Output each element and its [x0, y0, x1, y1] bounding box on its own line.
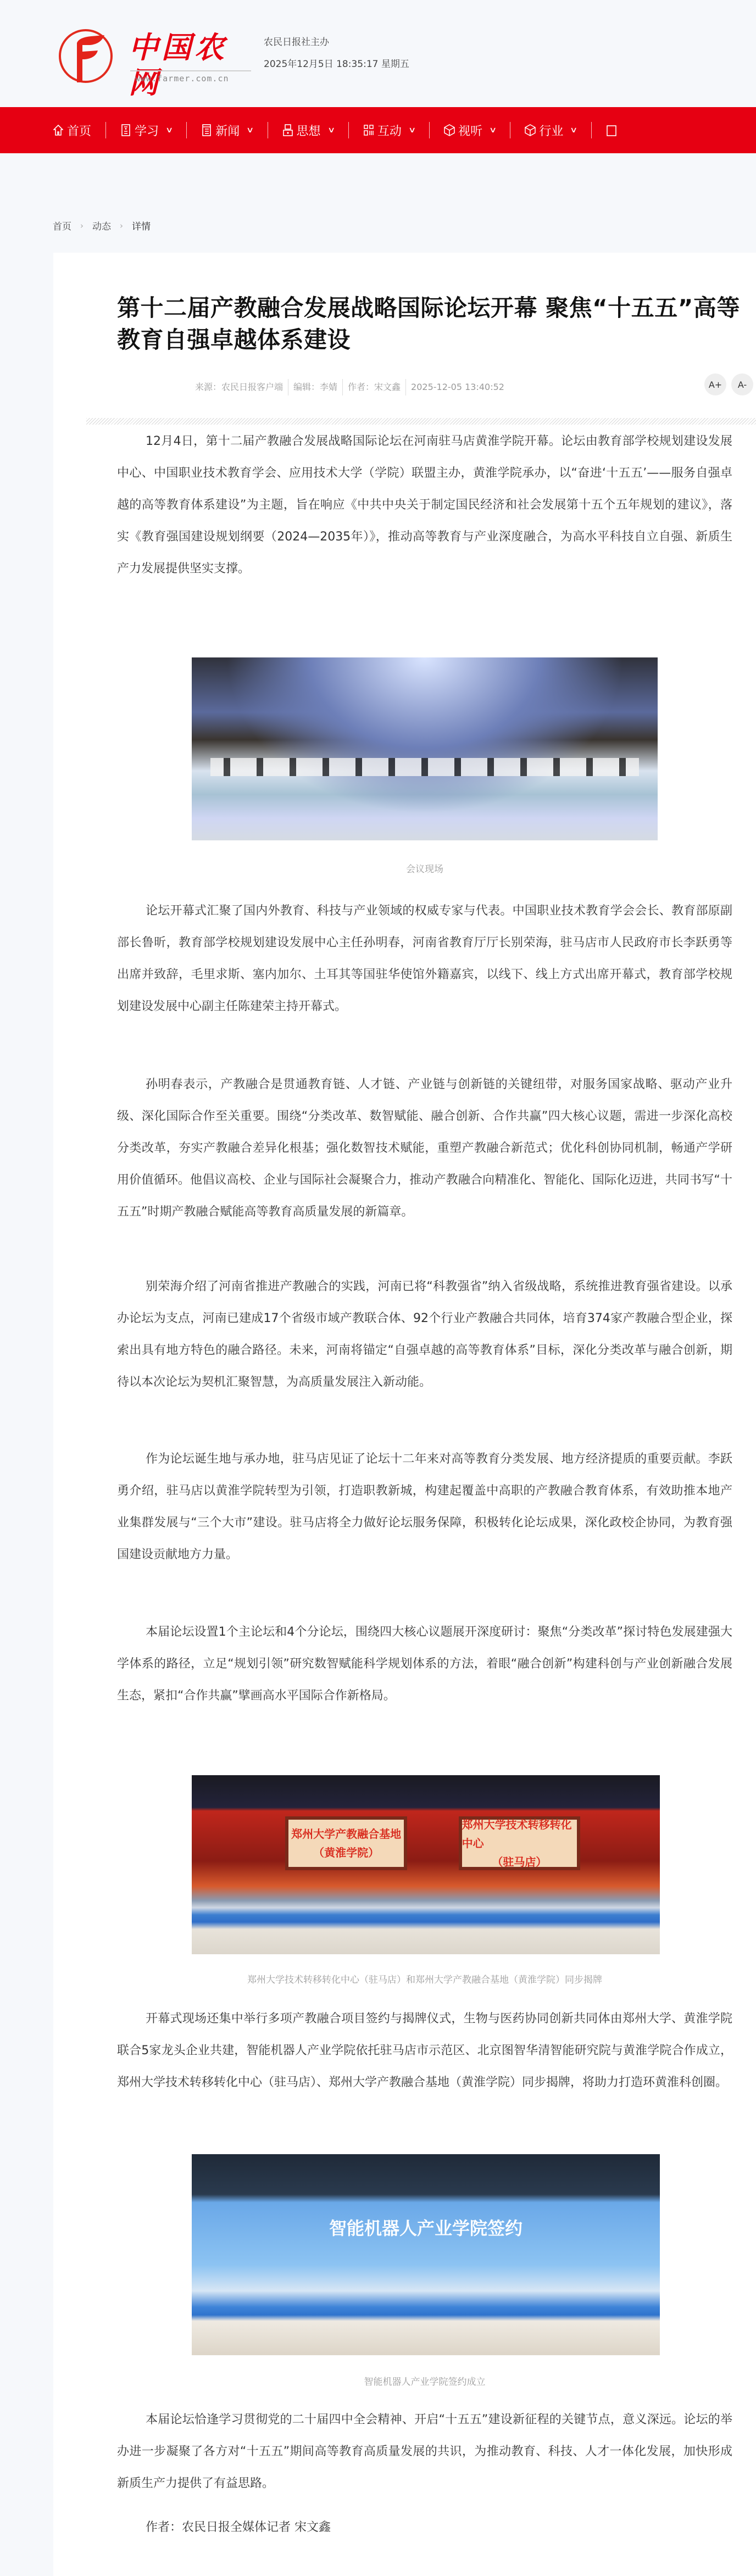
conference-hall-photo — [192, 657, 658, 840]
chevron-down-icon: ∨ — [408, 126, 416, 135]
chevron-down-icon: ∨ — [165, 126, 173, 135]
nav-item-overflow[interactable] — [592, 122, 635, 138]
chevron-down-icon: ∨ — [246, 126, 254, 135]
site-header: 中国农网 www.farmer.com.cn 农民日报社主办 2025年12月5… — [0, 0, 756, 107]
font-decrease-button[interactable]: A- — [731, 373, 753, 395]
article-paragraph: 本届论坛设置1个主论坛和4个分论坛，围绕四大核心议题展开深度研讨：聚焦“分类改革… — [117, 1616, 732, 1712]
nav-item-label: 首页 — [67, 122, 91, 139]
robot-college-signing-photo: 智能机器人产业学院签约 — [192, 2154, 660, 2355]
nav-item-label: 视听 — [458, 122, 482, 139]
cube-icon — [525, 124, 536, 136]
breadcrumb-separator-icon: › — [120, 221, 123, 231]
screen-title: 智能机器人产业学院签约 — [192, 2215, 660, 2240]
nav-item-label: 新闻 — [215, 122, 240, 139]
font-increase-button[interactable]: A+ — [704, 373, 726, 395]
nav-item-interact[interactable]: 互动 ∨ — [349, 122, 430, 138]
chevron-down-icon: ∨ — [489, 126, 497, 135]
organizer-text: 农民日报社主办 — [264, 35, 329, 49]
nav-item-news[interactable]: 新闻 ∨ — [187, 122, 268, 138]
article-paragraph: 别荣海介绍了河南省推进产教融合的实践，河南已将“科教强省”纳入省级战略，系统推进… — [117, 1271, 732, 1398]
plaque-board-right: 郑州大学技术转移转化中心 （驻马店） — [459, 1816, 581, 1870]
front-row-seats — [210, 758, 639, 776]
article-published-time: 2025-12-05 13:40:52 — [405, 379, 509, 395]
breadcrumb: 首页 › 动态 › 详情 — [53, 219, 151, 232]
grid-icon — [363, 124, 374, 136]
home-icon — [53, 124, 64, 136]
plaque-unveiling-photo: 郑州大学产教融合基地 （黄淮学院） 郑州大学技术转移转化中心 （驻马店） — [192, 1775, 660, 1954]
site-logo[interactable]: 中国农网 www.farmer.com.cn — [57, 26, 244, 87]
breadcrumb-dynamics[interactable]: 动态 — [92, 219, 111, 232]
nav-item-study[interactable]: 学习 ∨ — [106, 122, 187, 138]
article-title: 第十二届产教融合发展战略国际论坛开幕 聚焦“十五五”高等教育自强卓越体系建设 — [117, 292, 754, 356]
article-source: 来源：农民日报客户端 — [195, 379, 288, 395]
overflow-icon — [606, 124, 617, 136]
thought-icon — [282, 124, 293, 136]
article-paragraph: 12月4日，第十二届产教融合发展战略国际论坛在河南驻马店黄淮学院开幕。论坛由教育… — [117, 426, 732, 585]
breadcrumb-separator-icon: › — [80, 221, 84, 231]
figure-caption: 智能机器人产业学院签约成立 — [117, 2374, 732, 2388]
plaque-text: （驻马店） — [492, 1853, 547, 1871]
nav-item-label: 思想 — [297, 122, 321, 139]
article-editor: 编辑：李婧 — [288, 379, 342, 395]
figure-caption: 会议现场 — [117, 861, 732, 875]
plaque-text: 郑州大学技术转移转化中心 — [462, 1815, 577, 1853]
plaque-text: 郑州大学产教融合基地 — [291, 1825, 401, 1843]
article-paragraph: 本届论坛恰逢学习贯彻党的二十届四中全会精神、开启“十五五”建设新征程的关键节点，… — [117, 2404, 732, 2500]
chevron-down-icon: ∨ — [570, 126, 577, 135]
farmer-logo-icon — [57, 27, 114, 85]
logo-url-text: www.farmer.com.cn — [135, 74, 229, 83]
breadcrumb-home[interactable]: 首页 — [53, 219, 71, 232]
breadcrumb-current: 详情 — [132, 219, 151, 232]
article-card: 第十二届产教融合发展战略国际论坛开幕 聚焦“十五五”高等教育自强卓越体系建设 来… — [53, 253, 756, 2576]
hatched-divider — [86, 418, 756, 425]
article-author: 作者：宋文鑫 — [342, 379, 405, 395]
nav-item-media[interactable]: 视听 ∨ — [430, 122, 510, 138]
article-paragraph: 论坛开幕式汇聚了国内外教育、科技与产业领域的权威专家与代表。中国职业技术教育学会… — [117, 895, 732, 1023]
book-icon — [120, 124, 131, 136]
article-author-line: 作者：农民日报全媒体记者 宋文鑫 — [117, 2512, 732, 2544]
current-datetime: 2025年12月5日 18:35:17 星期五 — [264, 57, 409, 71]
chevron-down-icon: ∨ — [327, 126, 335, 135]
nav-item-home[interactable]: 首页 — [53, 122, 106, 138]
article-paragraph: 作为论坛诞生地与承办地，驻马店见证了论坛十二年来对高等教育分类发展、地方经济提质… — [117, 1443, 732, 1571]
article-paragraph: 开幕式现场还集中举行多项产教融合项目签约与揭牌仪式，生物与医药协同创新共同体由郑… — [117, 2003, 732, 2099]
nav-item-industry[interactable]: 行业 ∨ — [510, 122, 591, 138]
logo-underline — [130, 70, 251, 71]
main-nav: 首页 学习 ∨ 新闻 ∨ 思想 ∨ 互动 ∨ 视听 ∨ — [0, 107, 756, 153]
plaque-text: （黄淮学院） — [313, 1843, 379, 1862]
figure-caption: 郑州大学技术转移转化中心（驻马店）和郑州大学产教融合基地（黄淮学院）同步揭牌 — [117, 1972, 732, 1986]
article-paragraph: 孙明春表示，产教融合是贯通教育链、人才链、产业链与创新链的关键纽带，对服务国家战… — [117, 1069, 732, 1228]
nav-item-label: 互动 — [377, 122, 402, 139]
nav-item-label: 学习 — [135, 122, 159, 139]
nav-item-label: 行业 — [539, 122, 563, 139]
cube-icon — [444, 124, 455, 136]
nav-item-thought[interactable]: 思想 ∨ — [268, 122, 349, 138]
logo-chinese-text: 中国农网 — [129, 30, 244, 100]
news-icon — [201, 124, 212, 136]
plaque-board-left: 郑州大学产教融合基地 （黄淮学院） — [285, 1816, 407, 1870]
article-meta: 来源：农民日报客户端 编辑：李婧 作者：宋文鑫 2025-12-05 13:40… — [195, 379, 509, 395]
